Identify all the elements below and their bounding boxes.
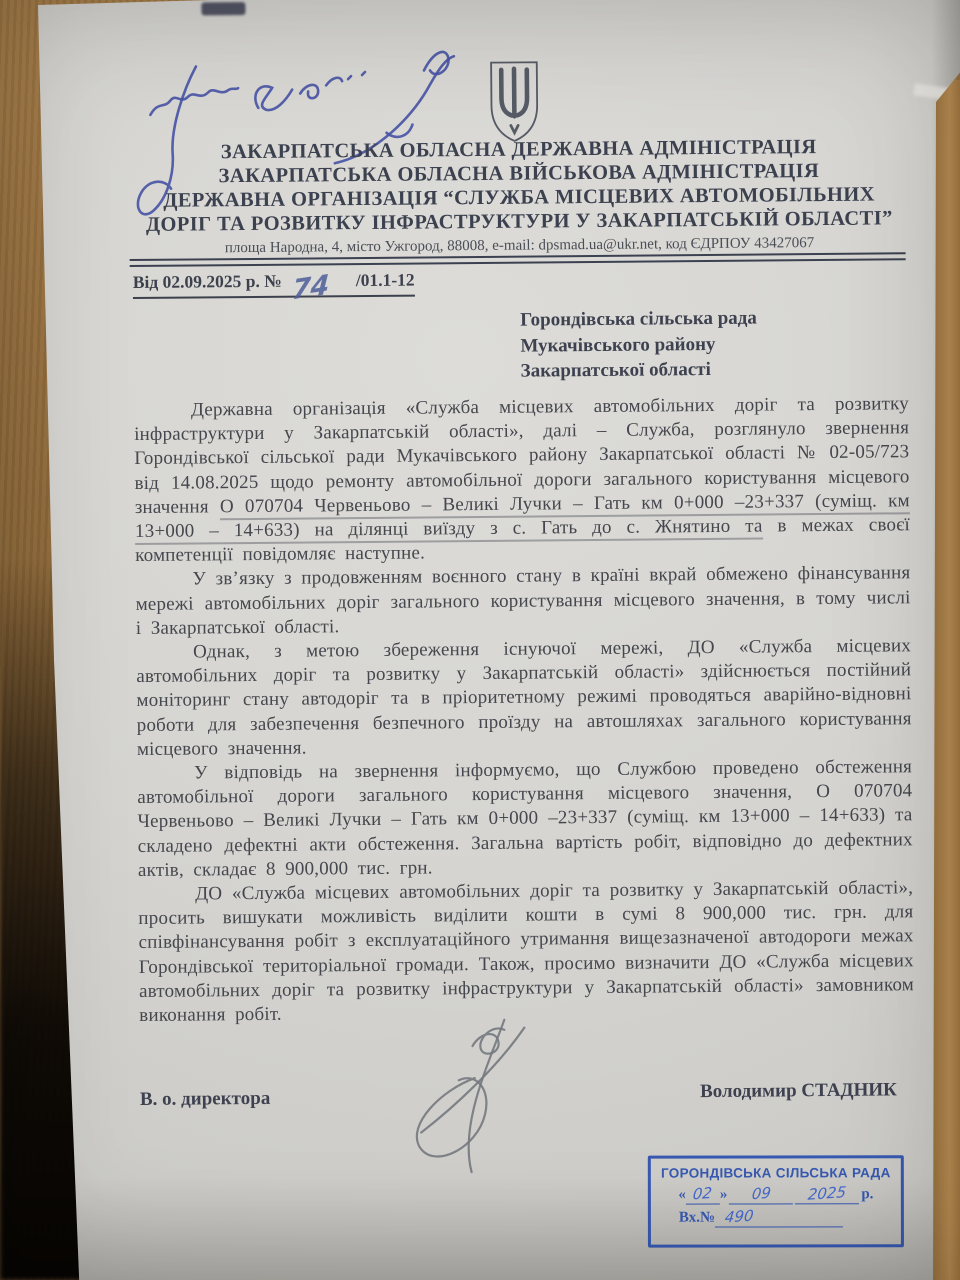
stamp-day-handwritten: 02	[692, 1184, 713, 1204]
stamp-month-handwritten: 09	[751, 1184, 772, 1204]
reference-line: Від 02.09.2025 р. №74/01.1-12	[133, 270, 415, 299]
director-signature	[354, 1011, 565, 1183]
incoming-registration-stamp: ГОРОНДІВСЬКА СІЛЬСЬКА РАДА «02»092025р. …	[648, 1155, 904, 1247]
paragraph-2: У зв’язку з продовженням воєнного стану …	[135, 562, 911, 641]
stamp-quote-open: «	[678, 1187, 686, 1203]
reference-number-gap: 74	[282, 286, 356, 287]
stamp-month-slot: 09	[729, 1184, 793, 1204]
recipient-line2: Мукачівського району	[520, 331, 757, 359]
paragraph-3: Однак, з метою збереження існуючої мереж…	[136, 634, 912, 762]
paragraph-4: У відповідь на звернення інформуємо, що …	[137, 755, 913, 883]
paragraph-5: ДО «Служба місцевих автомобільних доріг …	[138, 876, 914, 1028]
stamp-reg-slot: 490	[715, 1207, 843, 1227]
signer-name: Володимир СТАДНИК	[700, 1079, 897, 1103]
recipient-line3: Закарпатської області	[521, 357, 758, 385]
document-photo: ЗАКАРПАТСЬКА ОБЛАСНА ДЕРЖАВНА АДМІНІСТРА…	[0, 0, 960, 1280]
recipient-block: Горондівська сільська рада Мукачівського…	[520, 306, 757, 385]
stamp-year-handwritten: 2025	[807, 1183, 847, 1204]
cut-off-stamp-fragment	[201, 2, 245, 15]
stamp-year-slot: 2025	[795, 1184, 859, 1204]
stamp-org-name: ГОРОНДІВСЬКА СІЛЬСЬКА РАДА	[651, 1165, 901, 1180]
letter-content: ЗАКАРПАТСЬКА ОБЛАСНА ДЕРЖАВНА АДМІНІСТРА…	[0, 0, 960, 1280]
reference-prefix: Від 02.09.2025 р. №	[133, 271, 282, 292]
letterhead: ЗАКАРПАТСЬКА ОБЛАСНА ДЕРЖАВНА АДМІНІСТРА…	[127, 134, 912, 259]
stamp-reg-label: Вх.№	[679, 1210, 715, 1226]
paragraph-1: Державна організація «Служба місцевих ав…	[134, 392, 910, 568]
recipient-line1: Горондівська сільська рада	[520, 306, 757, 334]
stamp-date-line: «02»092025р.	[651, 1184, 901, 1204]
handwritten-outgoing-number: 74	[291, 269, 330, 306]
stamp-reg-line: Вх.№490	[679, 1207, 901, 1227]
ukraine-trident-emblem	[485, 59, 544, 144]
stamp-quote-close: »	[720, 1187, 728, 1203]
reference-suffix: /01.1-12	[356, 270, 415, 291]
signer-title: В. о. директора	[140, 1088, 271, 1111]
letter-body: Державна організація «Служба місцевих ав…	[134, 392, 914, 1028]
paper-clip: ЗАКАРПАТСЬКА ОБЛАСНА ДЕРЖАВНА АДМІНІСТРА…	[0, 0, 960, 1280]
stamp-reg-number-handwritten: 490	[724, 1206, 754, 1226]
stamp-year-suffix: р.	[861, 1186, 873, 1202]
stamp-day-slot: 02	[686, 1185, 720, 1205]
